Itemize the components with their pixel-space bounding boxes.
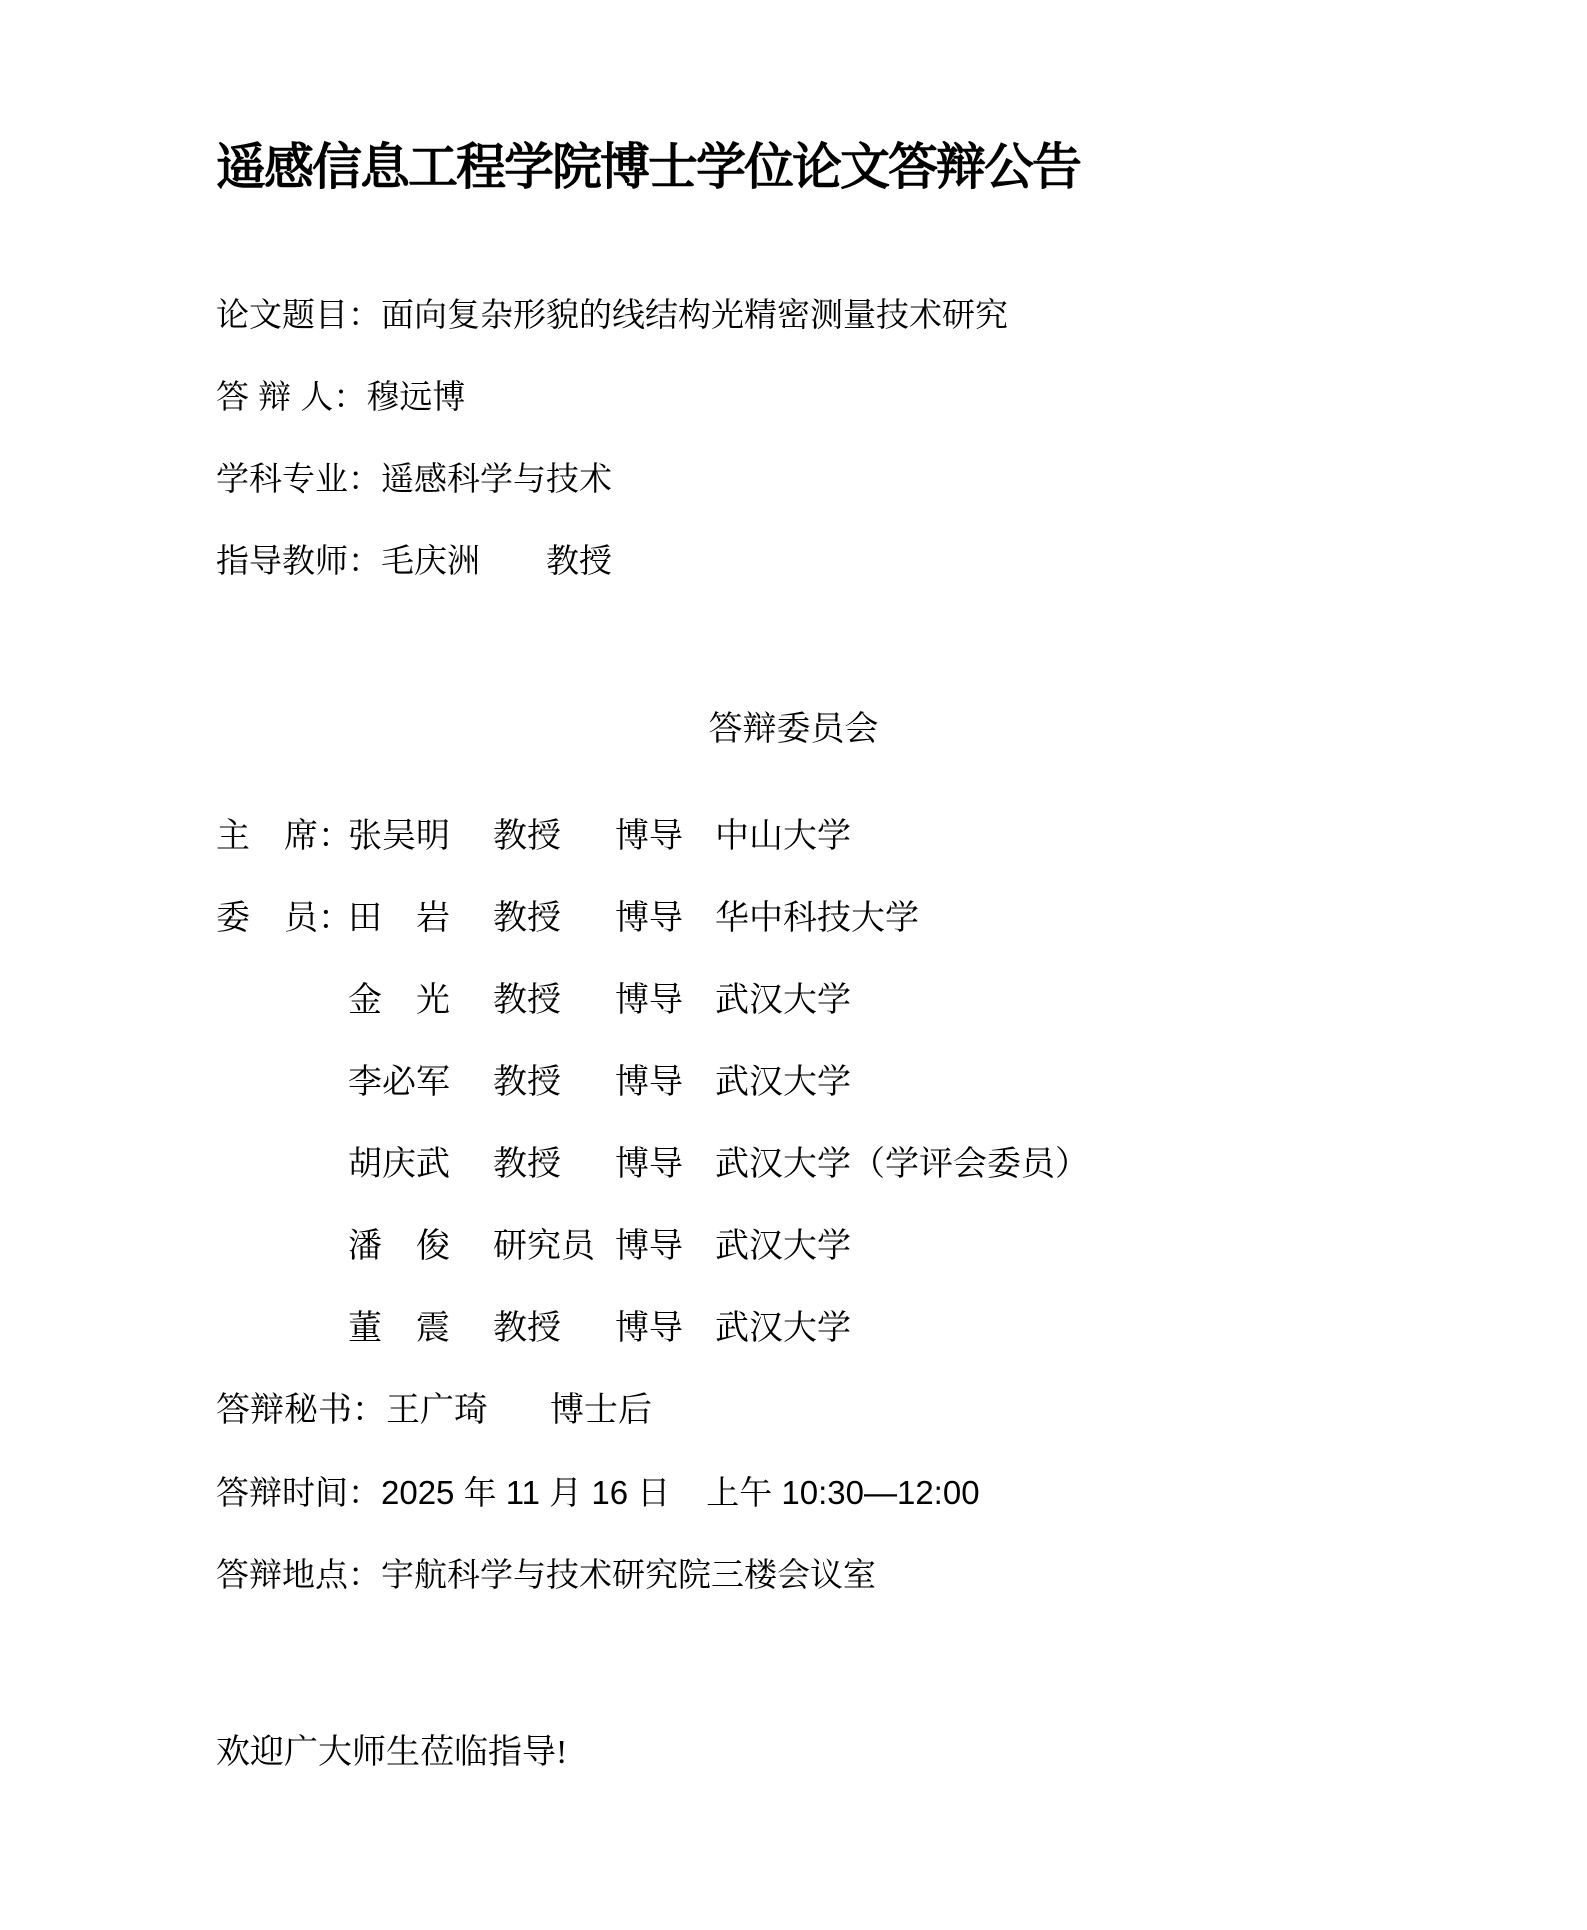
committee-row: 委 员： 田 岩 教授 博导 华中科技大学 (216, 878, 1371, 960)
supervisor-label: 指导教师： (216, 542, 381, 579)
defense-venue-value: 宇航科学与技术研究院三楼会议室 (381, 1556, 876, 1593)
committee-role (216, 960, 348, 1042)
thesis-title-label: 论文题目： (216, 296, 381, 333)
committee-affiliation: 华中科技大学 (715, 878, 919, 960)
committee-affiliation: 武汉大学 (715, 960, 851, 1042)
committee-role (216, 1288, 348, 1370)
major-label: 学科专业： (216, 460, 381, 497)
committee-role: 委 员： (216, 878, 348, 960)
committee-advisor: 博导 (615, 878, 715, 960)
secretary-title: 博士后 (550, 1392, 652, 1429)
committee-advisor: 博导 (615, 1206, 715, 1288)
committee-member-title: 教授 (493, 796, 615, 878)
committee-role (216, 1042, 348, 1124)
supervisor-name: 毛庆洲 (381, 542, 480, 579)
secretary-line: 答辩秘书：王广琦博士后 (216, 1370, 1371, 1452)
defender-line: 答 辩 人：穆远博 (216, 356, 1371, 438)
committee-member-title: 教授 (493, 1288, 615, 1370)
defense-period: 上午 10:30—12:00 (706, 1474, 979, 1511)
committee-affiliation: 武汉大学 (715, 1288, 851, 1370)
supervisor-line: 指导教师：毛庆洲教授 (216, 520, 1371, 602)
committee-member-title: 教授 (493, 960, 615, 1042)
defender-label: 答 辩 人： (216, 378, 366, 415)
committee-affiliation: 武汉大学（学评会委员） (715, 1124, 1089, 1206)
committee-name: 潘 俊 (348, 1206, 493, 1288)
secretary-name: 王广琦 (386, 1392, 488, 1429)
committee-role (216, 1124, 348, 1206)
committee-advisor: 博导 (615, 960, 715, 1042)
committee-name: 金 光 (348, 960, 493, 1042)
defense-date: 2025 年 11 月 16 日 (381, 1474, 670, 1511)
committee-name: 田 岩 (348, 878, 493, 960)
committee-role: 主 席： (216, 796, 348, 878)
committee-role (216, 1206, 348, 1288)
committee-advisor: 博导 (615, 1124, 715, 1206)
info-section: 论文题目：面向复杂形貌的线结构光精密测量技术研究 答 辩 人：穆远博 学科专业：… (216, 274, 1371, 602)
welcome-note: 欢迎广大师生莅临指导! (216, 1712, 1371, 1794)
supervisor-title: 教授 (546, 542, 612, 579)
committee-member-title: 研究员 (493, 1206, 615, 1288)
committee-affiliation: 武汉大学 (715, 1206, 851, 1288)
committee-name: 董 震 (348, 1288, 493, 1370)
committee-name: 李必军 (348, 1042, 493, 1124)
committee-member-title: 教授 (493, 1042, 615, 1124)
committee-name: 张吴明 (348, 796, 493, 878)
thesis-title-line: 论文题目：面向复杂形貌的线结构光精密测量技术研究 (216, 274, 1371, 356)
committee-row: 金 光 教授 博导 武汉大学 (216, 960, 1371, 1042)
committee-member-title: 教授 (493, 878, 615, 960)
page-title: 遥感信息工程学院博士学位论文答辩公告 (216, 132, 1371, 202)
committee-advisor: 博导 (615, 796, 715, 878)
committee-table: 主 席： 张吴明 教授 博导 中山大学 委 员： 田 岩 教授 博导 华中科技大… (216, 796, 1371, 1370)
defender-value: 穆远博 (366, 378, 465, 415)
thesis-title-value: 面向复杂形貌的线结构光精密测量技术研究 (381, 296, 1008, 333)
committee-row: 潘 俊 研究员 博导 武汉大学 (216, 1206, 1371, 1288)
secretary-label: 答辩秘书： (216, 1392, 386, 1429)
committee-name: 胡庆武 (348, 1124, 493, 1206)
committee-advisor: 博导 (615, 1042, 715, 1124)
defense-venue-label: 答辩地点： (216, 1556, 381, 1593)
committee-advisor: 博导 (615, 1288, 715, 1370)
committee-affiliation: 武汉大学 (715, 1042, 851, 1124)
committee-row: 李必军 教授 博导 武汉大学 (216, 1042, 1371, 1124)
defense-time-label: 答辩时间： (216, 1474, 381, 1511)
defense-time-line: 答辩时间：2025 年 11 月 16 日上午 10:30—12:00 (216, 1452, 1371, 1534)
committee-affiliation: 中山大学 (715, 796, 851, 878)
announcement-document: 遥感信息工程学院博士学位论文答辩公告 论文题目：面向复杂形貌的线结构光精密测量技… (0, 0, 1587, 1794)
major-line: 学科专业：遥感科学与技术 (216, 438, 1371, 520)
committee-heading: 答辩委员会 (216, 689, 1371, 771)
committee-member-title: 教授 (493, 1124, 615, 1206)
defense-venue-line: 答辩地点：宇航科学与技术研究院三楼会议室 (216, 1534, 1371, 1616)
major-value: 遥感科学与技术 (381, 460, 612, 497)
committee-row: 董 震 教授 博导 武汉大学 (216, 1288, 1371, 1370)
committee-row: 胡庆武 教授 博导 武汉大学（学评会委员） (216, 1124, 1371, 1206)
committee-row: 主 席： 张吴明 教授 博导 中山大学 (216, 796, 1371, 878)
